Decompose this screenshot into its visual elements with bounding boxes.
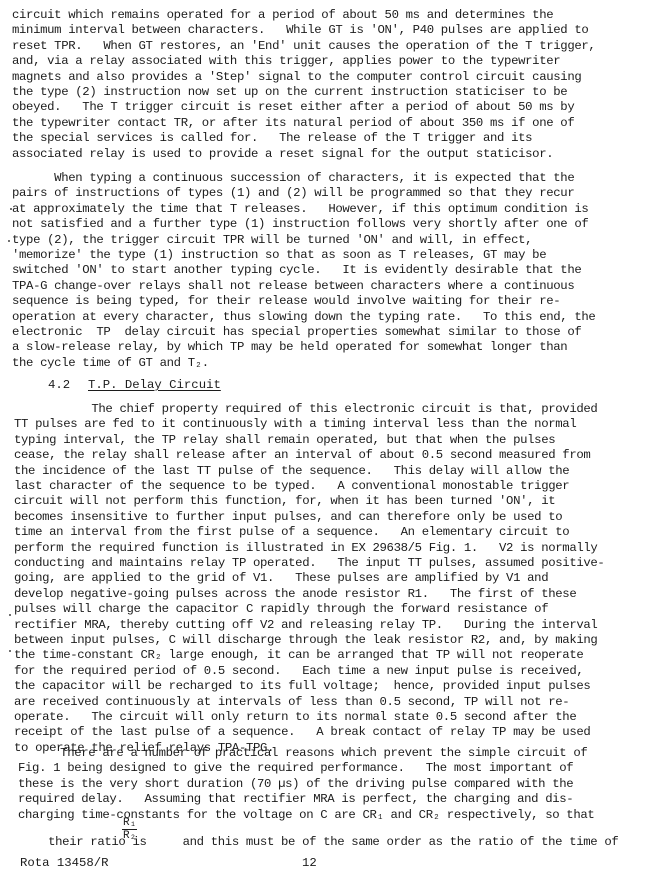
- text-line: these is the very short duration (70 µs)…: [18, 777, 573, 792]
- text-line: and, via a relay associated with this tr…: [12, 54, 560, 69]
- text-line: cease, the relay shall release after an …: [14, 448, 590, 463]
- text-line: pulses will charge the capacitor C rapid…: [14, 602, 548, 617]
- text-line: receipt of the last pulse of a sequence.…: [14, 725, 590, 740]
- text-line: rectifier MRA, thereby cutting off V2 an…: [14, 618, 597, 633]
- scan-speck: [10, 208, 12, 210]
- text-line: for the required period of 0.5 second. E…: [14, 664, 583, 679]
- text-line: the special services is called for. The …: [12, 131, 532, 146]
- text-line: 'memorize' the type (1) instruction so t…: [12, 248, 546, 263]
- paragraph-4-last-line: their ratio is and this must be of the s…: [20, 820, 618, 835]
- text-line: develop negative-going pulses across the…: [14, 587, 576, 602]
- document-reference: Rota 13458/R: [20, 856, 109, 871]
- fraction-denominator: R₂: [122, 830, 137, 842]
- text-suffix: and this must be of the same order as th…: [176, 835, 619, 849]
- scan-speck: [9, 650, 11, 652]
- text-line: reset TPR. When GT restores, an 'End' un…: [12, 39, 595, 54]
- text-line: circuit which remains operated for a per…: [12, 8, 553, 23]
- text-line: becomes insensitive to further input pul…: [14, 510, 562, 525]
- text-line: between input pulses, C will discharge t…: [14, 633, 597, 648]
- text-prefix: their ratio is: [48, 835, 153, 849]
- text-line: switched 'ON' to start another typing cy…: [12, 263, 581, 278]
- text-line: are received continuously at intervals o…: [14, 695, 569, 710]
- text-line: minimum interval between characters. Whi…: [12, 23, 588, 38]
- text-line: Fig. 1 being designed to give the requir…: [18, 761, 573, 776]
- text-line: the incidence of the last TT pulse of th…: [14, 464, 569, 479]
- text-line: operate. The circuit will only return to…: [14, 710, 576, 725]
- scan-speck: [9, 614, 11, 616]
- text-line: circuit will not perform this function, …: [14, 494, 555, 509]
- text-line: going, are applied to the grid of V1. Th…: [14, 571, 548, 586]
- text-line: at approximately the time that T release…: [12, 202, 588, 217]
- text-line: sequence is being typed, for their relea…: [12, 294, 560, 309]
- section-title: T.P. Delay Circuit: [88, 378, 221, 393]
- text-line: the type (2) instruction now set up on t…: [12, 85, 567, 100]
- text-line: the capacitor will be recharged to its f…: [14, 679, 590, 694]
- text-line: magnets and also provides a 'Step' signa…: [12, 70, 581, 85]
- text-line: typing interval, the TP relay shall rema…: [14, 433, 555, 448]
- text-line: pairs of instructions of types (1) and (…: [12, 186, 574, 201]
- page-number: 12: [302, 856, 317, 871]
- text-line: the time-constant CR₂ large enough, it c…: [14, 648, 583, 663]
- text-line: required delay. Assuming that rectifier …: [18, 792, 573, 807]
- text-line: type (2), the trigger circuit TPR will b…: [12, 233, 532, 248]
- text-line: not satisfied and a further type (1) ins…: [12, 217, 588, 232]
- text-line: operation at every character, thus slowi…: [12, 310, 595, 325]
- text-line: associated relay is used to provide a re…: [12, 147, 553, 162]
- text-line: conducting and maintains relay TP operat…: [14, 556, 604, 571]
- fraction-numerator: R₁: [122, 817, 137, 830]
- text-line: the typewriter contact TR, or after its …: [12, 116, 574, 131]
- text-line: time an interval from the first pulse of…: [14, 525, 569, 540]
- text-line: electronic TP delay circuit has special …: [12, 325, 581, 340]
- text-line: last character of the sequence to be typ…: [14, 479, 569, 494]
- document-page: circuit which remains operated for a per…: [0, 0, 650, 887]
- text-line: TPA-G change-over relays shall not relea…: [12, 279, 574, 294]
- text-line: The chief property required of this elec…: [14, 402, 597, 417]
- text-line: When typing a continuous succession of c…: [12, 171, 574, 186]
- fraction-r1-over-r2: R₁ R₂: [122, 817, 137, 842]
- scan-speck: [8, 240, 10, 242]
- section-number: 4.2: [48, 378, 70, 393]
- text-line: perform the required function is illustr…: [14, 541, 597, 556]
- text-line: TT pulses are fed to it continuously wit…: [14, 417, 576, 432]
- text-line: There are a number of practical reasons …: [18, 746, 587, 761]
- text-line: a slow-release relay, by which TP may be…: [12, 340, 567, 355]
- text-line: the cycle time of GT and T₂.: [12, 356, 209, 371]
- text-line: obeyed. The T trigger circuit is reset e…: [12, 100, 574, 115]
